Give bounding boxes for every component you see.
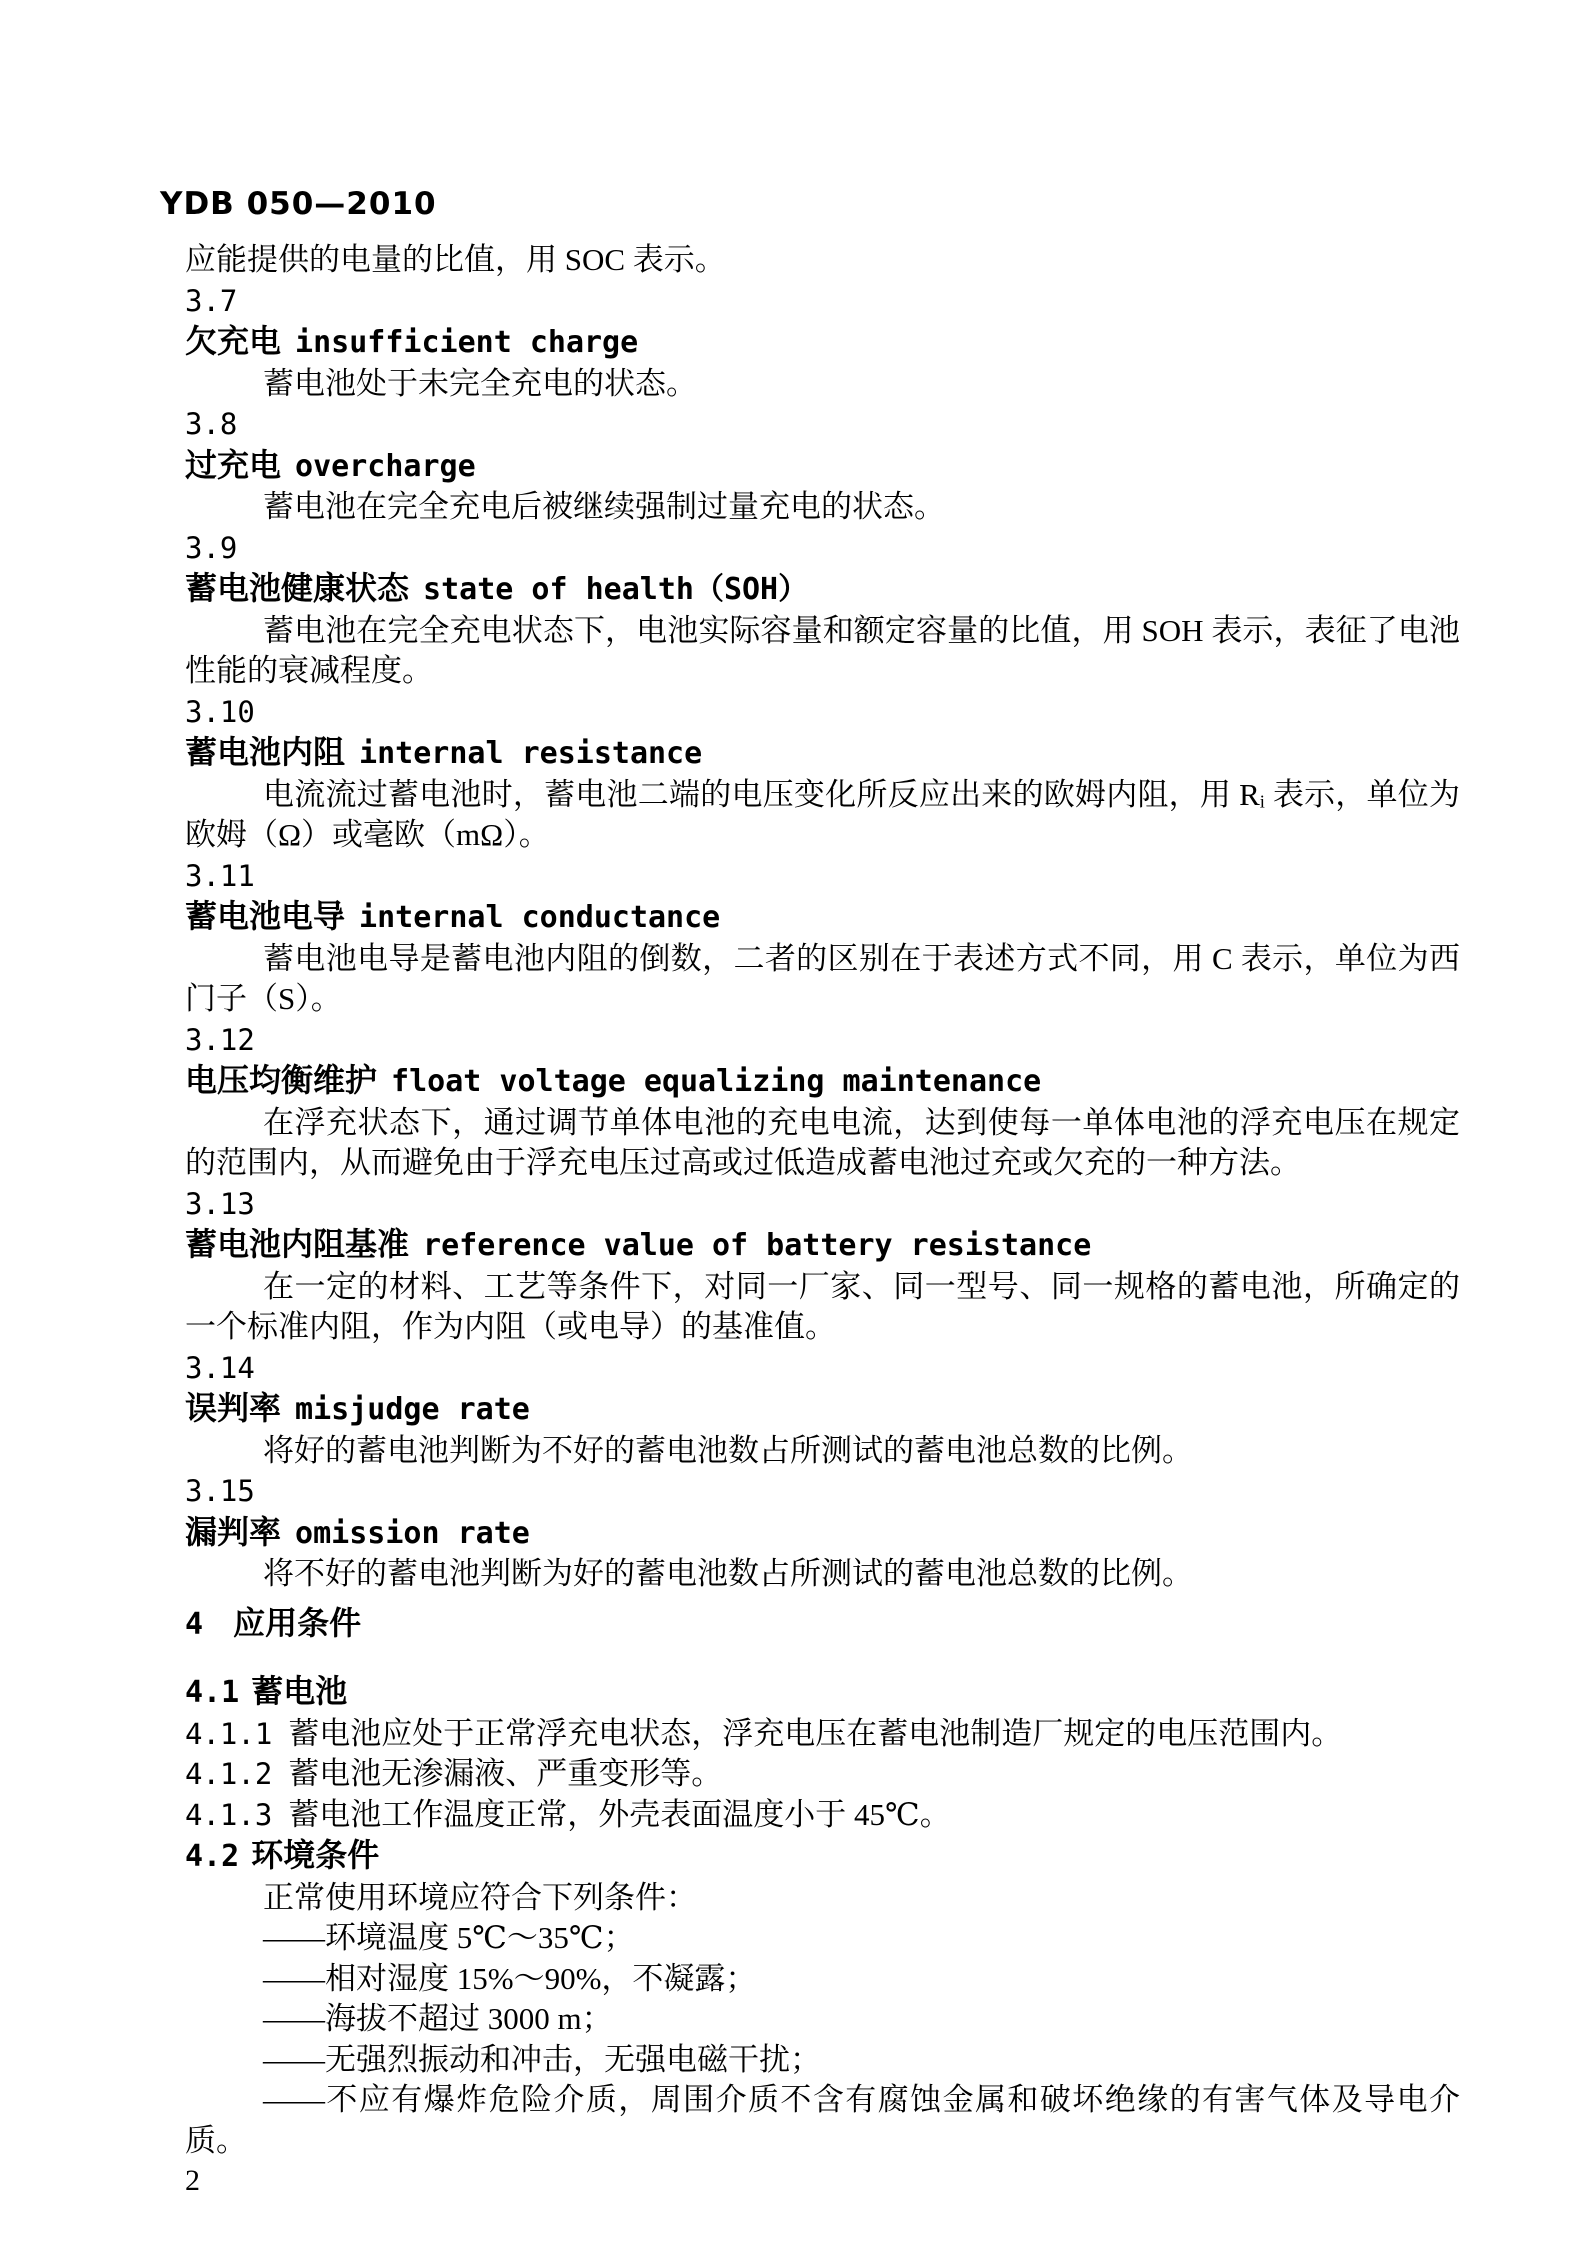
term-heading-en: insufficient charge (295, 325, 638, 360)
running-header: YDB 050—2010 (160, 186, 437, 222)
term-heading-zh: 蓄电池内阻基准 (185, 1225, 409, 1263)
environment-bullet: ——无强烈振动和冲击，无强电磁干扰； (185, 2040, 1460, 2081)
subsection-4-2-heading: 4.2环境条件 (185, 1835, 1460, 1878)
term-heading-en: internal conductance (359, 900, 720, 935)
section-4-number: 4 (185, 1607, 203, 1642)
environment-bullet: ——海拔不超过 3000 m； (185, 1999, 1460, 2040)
term-section-3-15: 3.15 漏判率omission rate 将不好的蓄电池判断为好的蓄电池数占所… (185, 1471, 1460, 1595)
term-section-3-11: 3.11 蓄电池电导internal conductance 蓄电池电导是蓄电池… (185, 856, 1460, 1020)
term-section-3-12: 3.12 电压均衡维护float voltage equalizing main… (185, 1020, 1460, 1184)
page-content: 应能提供的电量的比值，用 SOC 表示。 3.7 欠充电insufficient… (185, 240, 1460, 2202)
term-body: 在浮充状态下，通过调节单体电池的充电电流，达到使每一单体电池的浮充电压在规定的范… (185, 1103, 1460, 1184)
term-body: 将不好的蓄电池判断为好的蓄电池数占所测试的蓄电池总数的比例。 (185, 1554, 1460, 1595)
subsection-4-1-title: 蓄电池 (251, 1672, 347, 1710)
term-number: 3.14 (185, 1348, 1460, 1389)
term-heading: 蓄电池内阻internal resistance (185, 732, 1460, 775)
term-heading: 蓄电池健康状态state of health（SOH） (185, 568, 1460, 611)
term-number: 3.7 (185, 281, 1460, 322)
term-body: 蓄电池电导是蓄电池内阻的倒数，二者的区别在于表述方式不同，用 C 表示，单位为西… (185, 939, 1460, 1020)
term-heading-en: overcharge (295, 449, 476, 484)
clause-text: 蓄电池应处于正常浮充电状态，浮充电压在蓄电池制造厂规定的电压范围内。 (288, 1716, 1342, 1751)
term-body: 蓄电池在完全充电后被继续强制过量充电的状态。 (185, 487, 1460, 528)
environment-bullet: ——不应有爆炸危险介质，周围介质不含有腐蚀金属和破坏绝缘的有害气体及导电介质。 (185, 2080, 1460, 2161)
term-heading-en: float voltage equalizing maintenance (391, 1064, 1041, 1099)
term-number: 3.12 (185, 1020, 1460, 1061)
environment-bullet: ——环境温度 5℃～35℃； (185, 1918, 1460, 1959)
document-page: YDB 050—2010 应能提供的电量的比值，用 SOC 表示。 3.7 欠充… (0, 0, 1586, 2244)
term-heading-en: omission rate (295, 1516, 530, 1551)
subsection-4-1-heading: 4.1蓄电池 (185, 1671, 1460, 1714)
term-section-3-9: 3.9 蓄电池健康状态state of health（SOH） 蓄电池在完全充电… (185, 528, 1460, 692)
term-heading-en: state of health（SOH） (423, 572, 808, 607)
term-number: 3.11 (185, 856, 1460, 897)
term-heading: 欠充电insufficient charge (185, 321, 1460, 364)
term-section-3-7: 3.7 欠充电insufficient charge 蓄电池处于未完全充电的状态… (185, 281, 1460, 405)
term-heading: 漏判率omission rate (185, 1512, 1460, 1555)
clause-4-1-3: 4.1.3蓄电池工作温度正常，外壳表面温度小于 45℃。 (185, 1795, 1460, 1836)
page-number: 2 (185, 2161, 1460, 2202)
clause-4-1-2: 4.1.2蓄电池无渗漏液、严重变形等。 (185, 1754, 1460, 1795)
term-number: 3.9 (185, 528, 1460, 569)
term-number: 3.13 (185, 1184, 1460, 1225)
term-heading-en: misjudge rate (295, 1392, 530, 1427)
clause-text: 蓄电池无渗漏液、严重变形等。 (288, 1756, 722, 1791)
clause-text: 蓄电池工作温度正常，外壳表面温度小于 45℃。 (288, 1797, 950, 1832)
term-heading: 蓄电池电导internal conductance (185, 896, 1460, 939)
term-heading-zh: 欠充电 (185, 322, 281, 360)
term-body: 蓄电池在完全充电状态下，电池实际容量和额定容量的比值，用 SOH 表示，表征了电… (185, 611, 1460, 692)
term-heading-zh: 蓄电池健康状态 (185, 569, 409, 607)
term-number: 3.10 (185, 692, 1460, 733)
term-section-3-13: 3.13 蓄电池内阻基准reference value of battery r… (185, 1184, 1460, 1348)
environment-bullet: ——相对湿度 15%～90%，不凝露； (185, 1959, 1460, 2000)
term-heading-zh: 漏判率 (185, 1513, 281, 1551)
clause-number: 4.1.2 (185, 1757, 272, 1791)
term-heading-en: internal resistance (359, 736, 702, 771)
term-heading-zh: 蓄电池电导 (185, 897, 345, 935)
term-heading: 蓄电池内阻基准reference value of battery resist… (185, 1224, 1460, 1267)
environment-intro: 正常使用环境应符合下列条件： (185, 1878, 1460, 1919)
term-heading-zh: 电压均衡维护 (185, 1061, 377, 1099)
term-section-3-10: 3.10 蓄电池内阻internal resistance 电流流过蓄电池时，蓄… (185, 692, 1460, 856)
intro-line: 应能提供的电量的比值，用 SOC 表示。 (185, 240, 1460, 281)
term-heading-zh: 蓄电池内阻 (185, 733, 345, 771)
term-heading: 电压均衡维护float voltage equalizing maintenan… (185, 1060, 1460, 1103)
term-heading: 误判率misjudge rate (185, 1388, 1460, 1431)
term-section-3-14: 3.14 误判率misjudge rate 将好的蓄电池判断为不好的蓄电池数占所… (185, 1348, 1460, 1472)
term-body: 将好的蓄电池判断为不好的蓄电池数占所测试的蓄电池总数的比例。 (185, 1431, 1460, 1472)
term-body: 在一定的材料、工艺等条件下，对同一厂家、同一型号、同一规格的蓄电池，所确定的一个… (185, 1267, 1460, 1348)
section-4-title: 应用条件 (233, 1604, 361, 1642)
term-number: 3.8 (185, 404, 1460, 445)
term-heading-zh: 过充电 (185, 446, 281, 484)
term-body: 蓄电池处于未完全充电的状态。 (185, 364, 1460, 405)
subsection-4-2-number: 4.2 (185, 1839, 239, 1874)
section-4-heading: 4应用条件 (185, 1603, 1460, 1646)
clause-4-1-1: 4.1.1蓄电池应处于正常浮充电状态，浮充电压在蓄电池制造厂规定的电压范围内。 (185, 1714, 1460, 1755)
term-heading-zh: 误判率 (185, 1389, 281, 1427)
term-body: 电流流过蓄电池时，蓄电池二端的电压变化所反应出来的欧姆内阻，用 Rᵢ 表示，单位… (185, 775, 1460, 856)
subsection-4-2-title: 环境条件 (251, 1836, 379, 1874)
clause-number: 4.1.3 (185, 1798, 272, 1832)
term-heading-en: reference value of battery resistance (423, 1228, 1091, 1263)
term-number: 3.15 (185, 1471, 1460, 1512)
clause-number: 4.1.1 (185, 1717, 272, 1751)
term-heading: 过充电overcharge (185, 445, 1460, 488)
term-section-3-8: 3.8 过充电overcharge 蓄电池在完全充电后被继续强制过量充电的状态。 (185, 404, 1460, 528)
subsection-4-1-number: 4.1 (185, 1675, 239, 1710)
